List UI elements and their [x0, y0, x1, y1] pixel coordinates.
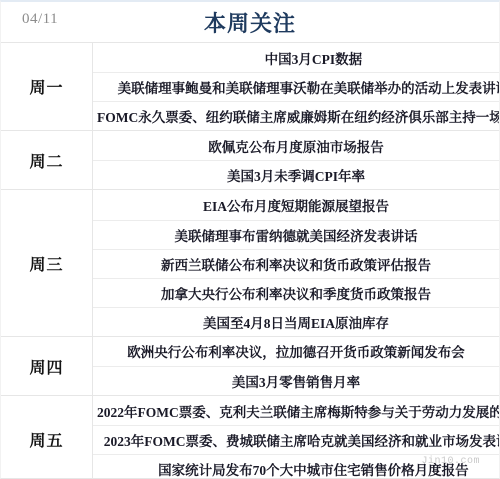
- event-cell: 美国至4月8日当周EIA原油库存: [93, 307, 499, 336]
- event-cell: 美联储理事鲍曼和美联储理事沃勒在美联储举办的活动上发表讲话: [93, 72, 500, 101]
- header: 04/11 本周关注: [1, 2, 499, 43]
- event-cell: 加拿大央行公布利率决议和季度货币政策报告: [93, 278, 499, 307]
- day-group-tuesday: 周二 欧佩克公布月度原油市场报告 美国3月未季调CPI年率: [1, 130, 499, 189]
- event-cell: 欧洲央行公布利率决议，拉加德召开货币政策新闻发布会: [93, 337, 499, 366]
- event-cell: 欧佩克公布月度原油市场报告: [93, 131, 499, 160]
- event-cell: 美国3月未季调CPI年率: [93, 160, 499, 189]
- event-list: EIA公布月度短期能源展望报告 美联储理事布雷纳德就美国经济发表讲话 新西兰联储…: [92, 190, 499, 335]
- event-list: 中国3月CPI数据 美联储理事鲍曼和美联储理事沃勒在美联储举办的活动上发表讲话 …: [92, 43, 500, 130]
- event-list: 欧洲央行公布利率决议，拉加德召开货币政策新闻发布会 美国3月零售销售月率: [92, 337, 499, 395]
- day-label-wednesday: 周三: [1, 190, 92, 335]
- schedule-table: 周一 中国3月CPI数据 美联储理事鲍曼和美联储理事沃勒在美联储举办的活动上发表…: [1, 43, 499, 479]
- weekly-focus-card: 04/11 本周关注 周一 中国3月CPI数据 美联储理事鲍曼和美联储理事沃勒在…: [0, 0, 500, 479]
- page-title: 本周关注: [1, 7, 499, 38]
- day-group-monday: 周一 中国3月CPI数据 美联储理事鲍曼和美联储理事沃勒在美联储举办的活动上发表…: [1, 43, 499, 130]
- event-cell: EIA公布月度短期能源展望报告: [93, 190, 499, 219]
- event-cell: 美国3月零售销售月率: [93, 366, 499, 395]
- event-list: 欧佩克公布月度原油市场报告 美国3月未季调CPI年率: [92, 131, 499, 189]
- event-cell: 新西兰联储公布利率决议和货币政策评估报告: [93, 249, 499, 278]
- day-label-tuesday: 周二: [1, 131, 92, 189]
- day-label-friday: 周五: [1, 396, 92, 479]
- event-cell: 美联储理事布雷纳德就美国经济发表讲话: [93, 220, 499, 249]
- day-label-thursday: 周四: [1, 337, 92, 395]
- jin10-watermark: Jin10.com: [421, 456, 480, 467]
- event-cell: 2022年FOMC票委、克利夫兰联储主席梅斯特参与关于劳动力发展的讨论: [93, 396, 500, 425]
- event-cell: FOMC永久票委、纽约联储主席威廉姆斯在纽约经济俱乐部主持一场座谈: [93, 101, 500, 130]
- day-label-monday: 周一: [1, 43, 92, 130]
- event-cell: 中国3月CPI数据: [93, 43, 500, 72]
- event-cell: 2023年FOMC票委、费城联储主席哈克就美国经济和就业市场发表讲话: [93, 425, 500, 454]
- day-group-thursday: 周四 欧洲央行公布利率决议，拉加德召开货币政策新闻发布会 美国3月零售销售月率: [1, 336, 499, 395]
- day-group-wednesday: 周三 EIA公布月度短期能源展望报告 美联储理事布雷纳德就美国经济发表讲话 新西…: [1, 189, 499, 335]
- date-label: 04/11: [22, 11, 58, 28]
